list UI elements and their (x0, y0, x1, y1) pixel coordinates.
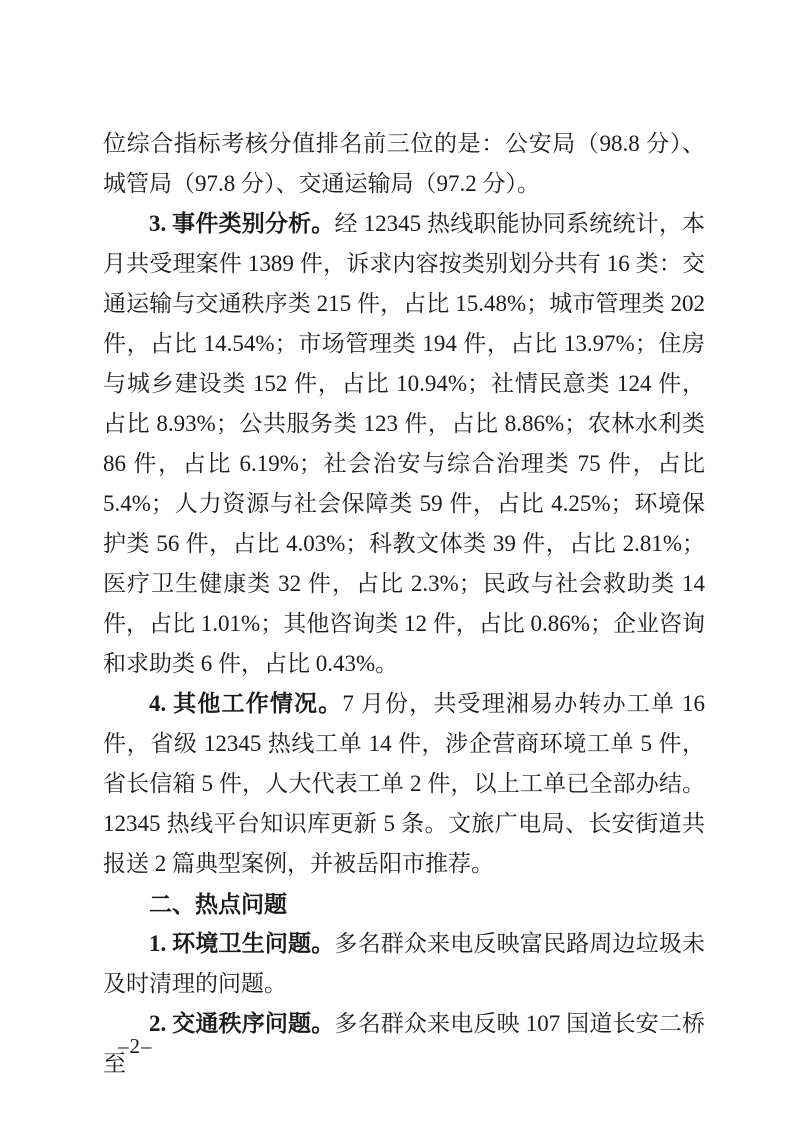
paragraph-lead: 1. 环境卫生问题。 (149, 931, 334, 956)
page-number: –2– (118, 1034, 153, 1058)
paragraph: 1. 环境卫生问题。多名群众来电反映富民路周边垃圾未及时清理的问题。 (103, 924, 705, 1004)
paragraph-text: 二、热点问题 (149, 891, 287, 917)
paragraph-text: 位综合指标考核分值排名前三位的是：公安局（98.8 分）、城管局（97.8 分）… (103, 131, 705, 196)
paragraph-lead: 4. 其他工作情况。 (149, 691, 342, 716)
paragraph-text: 经 12345 热线职能协同系统统计，本月共受理案件 1389 件，诉求内容按类… (103, 211, 705, 676)
paragraph-lead: 2. 交通秩序问题。 (149, 1011, 334, 1036)
paragraph: 3. 事件类别分析。经 12345 热线职能协同系统统计，本月共受理案件 138… (103, 204, 705, 684)
paragraph: 位综合指标考核分值排名前三位的是：公安局（98.8 分）、城管局（97.8 分）… (103, 124, 705, 204)
paragraph-text: 7 月份，共受理湘易办转办工单 16 件，省级 12345 热线工单 14 件，… (103, 691, 705, 876)
paragraph-lead: 3. 事件类别分析。 (149, 211, 334, 236)
document-page: 位综合指标考核分值排名前三位的是：公安局（98.8 分）、城管局（97.8 分）… (0, 0, 793, 1122)
paragraph: 2. 交通秩序问题。多名群众来电反映 107 国道长安二桥至 (103, 1004, 705, 1084)
paragraph: 二、热点问题 (103, 884, 705, 924)
paragraph: 4. 其他工作情况。7 月份，共受理湘易办转办工单 16 件，省级 12345 … (103, 684, 705, 884)
document-body: 位综合指标考核分值排名前三位的是：公安局（98.8 分）、城管局（97.8 分）… (103, 124, 705, 1084)
